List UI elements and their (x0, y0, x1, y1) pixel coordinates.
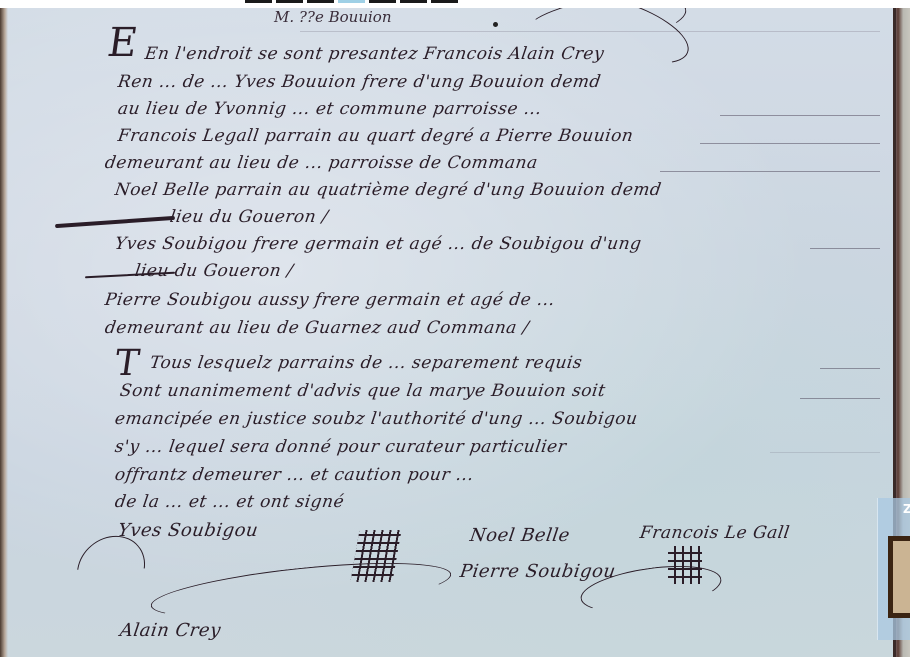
text-line-7: lieu du Goueron / (169, 207, 330, 227)
navigator-thumbnail[interactable] (888, 536, 910, 618)
signature-francois-le-gall: Francois Le Gall (639, 523, 791, 543)
text-line-8: Yves Soubigou frere germain et agé ... d… (114, 234, 643, 254)
signature-alain-crey: Alain Crey (119, 620, 223, 641)
ruled-line (810, 248, 880, 249)
viewer-tab-strip (245, 0, 458, 3)
viewer-tab[interactable] (307, 0, 334, 3)
text-line-4: Francois Legall parrain au quart degré a… (117, 126, 635, 146)
navigator-panel[interactable]: Z (877, 498, 910, 640)
text-line-1: En l'endroit se sont presantez Francois … (144, 44, 606, 64)
ruled-line (770, 452, 880, 453)
text-line-17: de la ... et ... et ont signé (114, 492, 346, 512)
ruled-line (820, 368, 880, 369)
initial-letter-e: E (105, 20, 141, 66)
ruled-line (800, 398, 880, 399)
margin-header: M. ??e Bouuion (274, 8, 392, 26)
ink-blot (493, 22, 498, 27)
viewer-tab-active[interactable] (338, 0, 365, 3)
ruled-line (660, 171, 880, 172)
margin-stroke (55, 216, 175, 228)
text-line-2: Ren ... de ... Yves Bouuion frere d'ung … (117, 72, 603, 92)
ruled-line (720, 115, 880, 116)
signature-noel-belle: Noel Belle (469, 525, 572, 546)
viewer-tab[interactable] (400, 0, 427, 3)
text-line-5: demeurant au lieu de ... parroisse de Co… (104, 153, 539, 173)
initial-letter-t: T (112, 343, 142, 384)
text-line-3: au lieu de Yvonnig ... et commune parroi… (117, 99, 543, 119)
ruled-line (700, 143, 880, 144)
text-line-13: Sont unanimement d'advis que la marye Bo… (119, 381, 607, 401)
text-line-6: Noel Belle parrain au quatrième degré d'… (114, 180, 663, 200)
text-line-14: emancipée en justice soubz l'authorité d… (114, 409, 639, 429)
text-line-12: Tous lesquelz parrains de ... separement… (149, 353, 584, 373)
viewer-tab[interactable] (245, 0, 272, 3)
navigator-label: Z (903, 502, 910, 516)
text-line-10: Pierre Soubigou aussy frere germain et a… (104, 290, 557, 310)
text-line-9: lieu du Goueron / (134, 261, 295, 281)
viewer-tab[interactable] (276, 0, 303, 3)
text-line-15: s'y ... lequel sera donné pour curateur … (114, 437, 568, 457)
page-edge (0, 8, 8, 657)
manuscript-photo: M. ??e Bouuion E En l'endroit se sont pr… (0, 8, 910, 657)
signature-flourish (149, 552, 454, 627)
text-line-11: demeurant au lieu de Guarnez aud Commana… (104, 318, 531, 338)
text-line-16: offrantz demeurer ... et caution pour ..… (114, 465, 476, 485)
signature-pierre-soubigou: Pierre Soubigou (459, 561, 618, 582)
signature-yves-soubigou: Yves Soubigou (117, 520, 260, 541)
viewer-tab[interactable] (431, 0, 458, 3)
viewer-tab[interactable] (369, 0, 396, 3)
